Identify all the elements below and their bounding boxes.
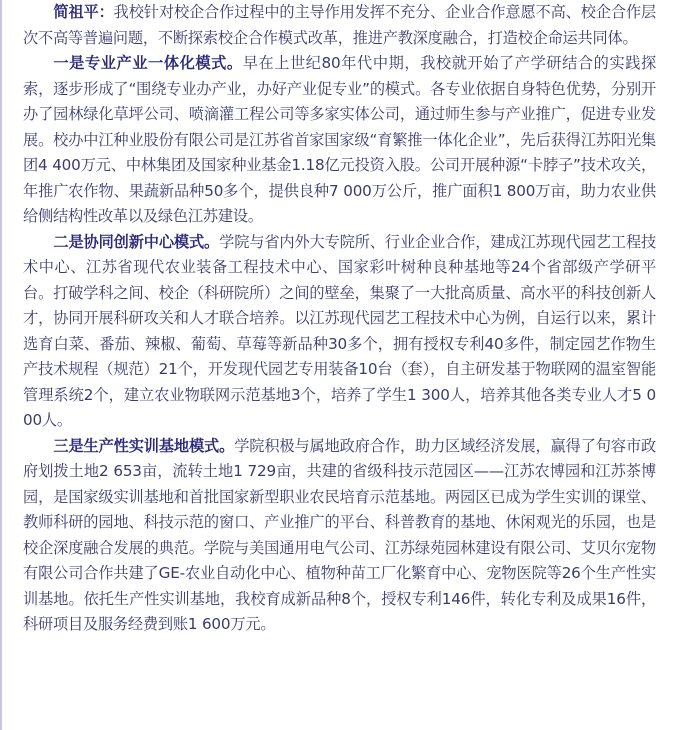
paragraph-model-three: 三是生产性实训基地模式。学院积极与属地政府合作，助力区域经济发展，赢得了句容市政… [23, 434, 656, 638]
paragraph-text: 学院与省内外大专院所、行业企业合作，建成江苏现代园艺工程技术中心、江苏省现代农业… [23, 233, 656, 430]
article-page: 简祖平：我校针对校企合作过程中的主导作用发挥不充分、企业合作意愿不高、校企合作层… [0, 0, 676, 730]
speaker-name: 简祖平： [53, 3, 113, 21]
section-lead: 二是协同创新中心模式。 [53, 233, 219, 251]
paragraph-intro: 简祖平：我校针对校企合作过程中的主导作用发挥不充分、企业合作意愿不高、校企合作层… [23, 0, 656, 51]
paragraph-text: 我校针对校企合作过程中的主导作用发挥不充分、企业合作意愿不高、校企合作层次不高等… [23, 3, 656, 47]
section-lead: 三是生产性实训基地模式。 [53, 437, 234, 455]
section-lead: 一是专业产业一体化模式。 [53, 54, 242, 72]
paragraph-text: 学院积极与属地政府合作，助力区域经济发展，赢得了句容市政府划拨土地2 653亩，… [23, 437, 656, 634]
paragraph-model-two: 二是协同创新中心模式。学院与省内外大专院所、行业企业合作，建成江苏现代园艺工程技… [23, 230, 656, 434]
paragraph-text: 早在上世纪80年代中期，我校就开始了产学研结合的实践探索，逐步形成了“围绕专业办… [23, 54, 656, 225]
paragraph-model-one: 一是专业产业一体化模式。早在上世纪80年代中期，我校就开始了产学研结合的实践探索… [23, 51, 656, 230]
